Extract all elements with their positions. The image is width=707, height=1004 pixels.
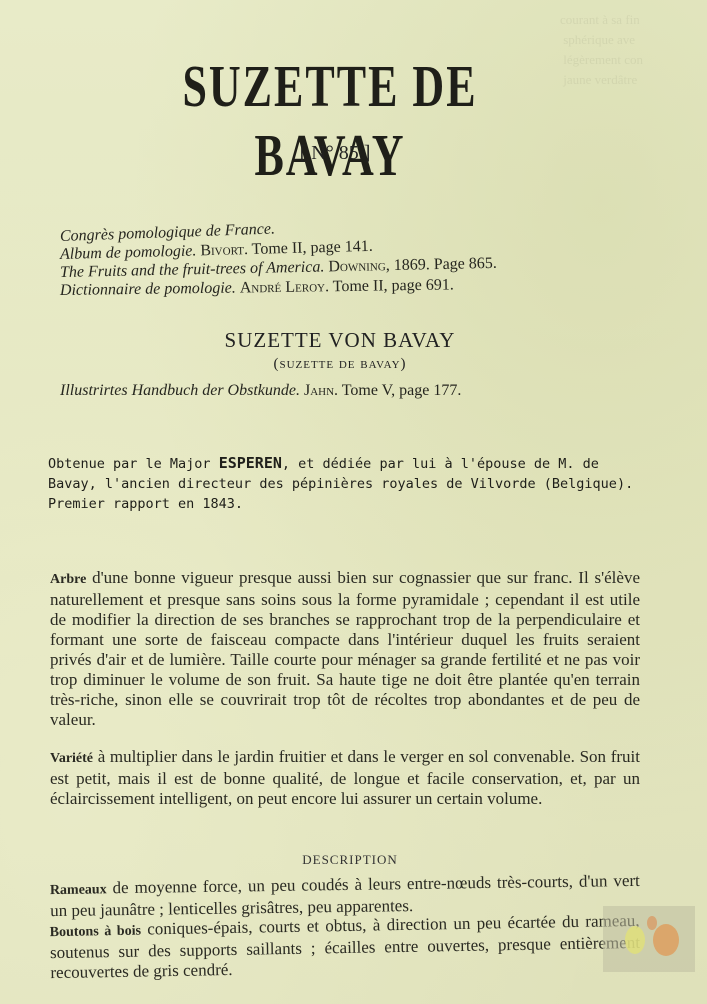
origin-text: Obtenue par le Major [48,456,219,472]
paragraph-arbre: Arbre d'une bonne vigueur presque aussi … [50,568,640,730]
paragraph-text: d'une bonne vigueur presque aussi bien s… [50,568,640,729]
paragraph-text: à multiplier dans le jardin fruitier et … [50,747,640,808]
paragraph-text: coniques-épais, courts et obtus, à direc… [50,911,640,982]
references-list: Congrès pomologique de France. Album de … [60,228,620,300]
origin-paragraph: Obtenue par le Major ESPEREN, et dédiée … [48,453,648,514]
paragraph-lead: Variété [50,751,93,766]
reference-author: Bivort [200,241,244,259]
reference-author: André Leroy [240,278,325,296]
paragraph-lead: Rameaux [50,882,107,898]
paragraph-lead: Arbre [50,572,86,587]
photo-artifact [603,906,695,972]
synonym-subtitle: (suzette de bavay) [150,356,530,373]
reference-detail: . Tome II, page 141. [244,238,373,258]
reference-detail: , 1869. Page 865. [386,255,497,274]
reference-author: Jahn [304,382,334,399]
paragraph-variete: Variété à multiplier dans le jardin frui… [50,747,640,809]
reference-title: Album de pomologie. [60,242,197,263]
reference-detail: . Tome II, page 691. [325,277,454,296]
reference-title: Illustrirtes Handbuch der Obstkunde. [60,382,300,399]
paragraph-boutons: Boutons à bois coniques-épais, courts et… [50,911,641,983]
synonym-title: SUZETTE VON BAVAY [150,328,530,353]
entry-number: [ N° 85 ] [260,142,410,165]
paragraph-lead: Boutons à bois [50,924,142,941]
reference-author: Downing [328,257,386,275]
reference-detail: . Tome V, page 177. [334,382,461,399]
description-heading: DESCRIPTION [240,852,460,868]
synonym-reference: Illustrirtes Handbuch der Obstkunde. Jah… [60,382,620,400]
show-through-text: courant à sa fin sphérique ave légèremen… [560,10,643,90]
page-title: SUZETTE DE BAVAY [145,52,515,190]
reference-title: Dictionnaire de pomologie. [60,280,236,299]
origin-breeder: ESPEREN [219,454,282,472]
